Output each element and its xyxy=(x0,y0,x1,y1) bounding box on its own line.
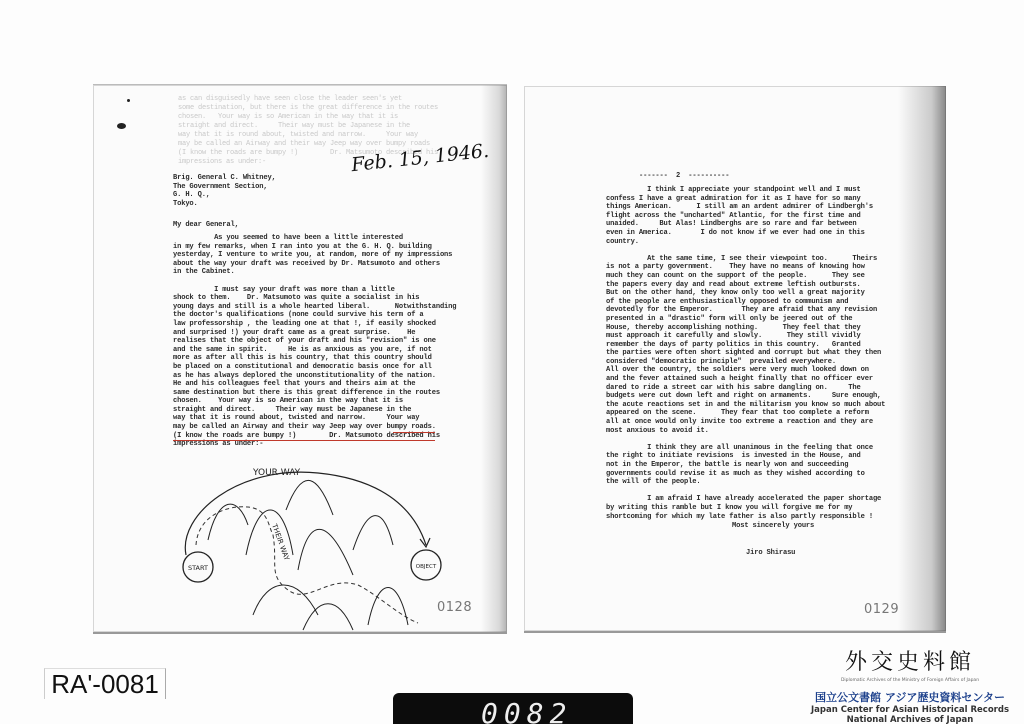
sketch-label-their-way: THEIR WAY xyxy=(270,522,291,562)
frame-counter-value: 0082 xyxy=(481,697,572,724)
page-stamp-number: 0128 xyxy=(437,600,472,615)
frame-counter: 0082 xyxy=(393,693,633,724)
letter-body: I think I appreciate your standpoint wel… xyxy=(606,186,885,521)
archive-logo-en: Diplomatic Archives of the Ministry of F… xyxy=(800,678,1020,683)
jacar-logo-en-2: National Archives of Japan xyxy=(800,715,1020,724)
ink-smudge xyxy=(127,99,130,102)
jacar-logo-en-1: Japan Center for Asian Historical Record… xyxy=(800,705,1020,715)
route-sketch: YOUR WAY THEIR WAY START OBJECT xyxy=(168,455,468,635)
closing: Most sincerely yours xyxy=(732,522,814,531)
page-stamp-number: 0129 xyxy=(864,602,899,617)
archive-logo: 外交史料館 Diplomatic Archives of the Ministr… xyxy=(800,645,1020,724)
archive-logo-jp: 外交史料館 xyxy=(800,645,1020,676)
letter-body: As you seemed to have been a little inte… xyxy=(173,234,456,449)
red-underline xyxy=(173,440,435,441)
jacar-logo-jp: 国立公文書館 アジア歴史資料センター xyxy=(800,689,1020,705)
recipient-address: Brig. General C. Whitney, The Government… xyxy=(173,174,276,208)
letter-page-1: as can disguisedly have seen close the l… xyxy=(93,84,507,634)
page-marker: ------- 2 ---------- xyxy=(639,172,729,181)
sketch-object: OBJECT xyxy=(416,564,437,570)
sketch-label-your-way: YOUR WAY xyxy=(252,468,301,478)
ink-smudge xyxy=(117,123,126,129)
sketch-start: START xyxy=(188,564,208,572)
salutation: My dear General, xyxy=(173,221,239,230)
red-underline xyxy=(393,432,435,433)
reference-code: RA'-0081 xyxy=(44,668,166,699)
letter-page-2: ------- 2 ---------- I think I appreciat… xyxy=(524,86,946,633)
signature: Jiro Shirasu xyxy=(746,549,795,558)
